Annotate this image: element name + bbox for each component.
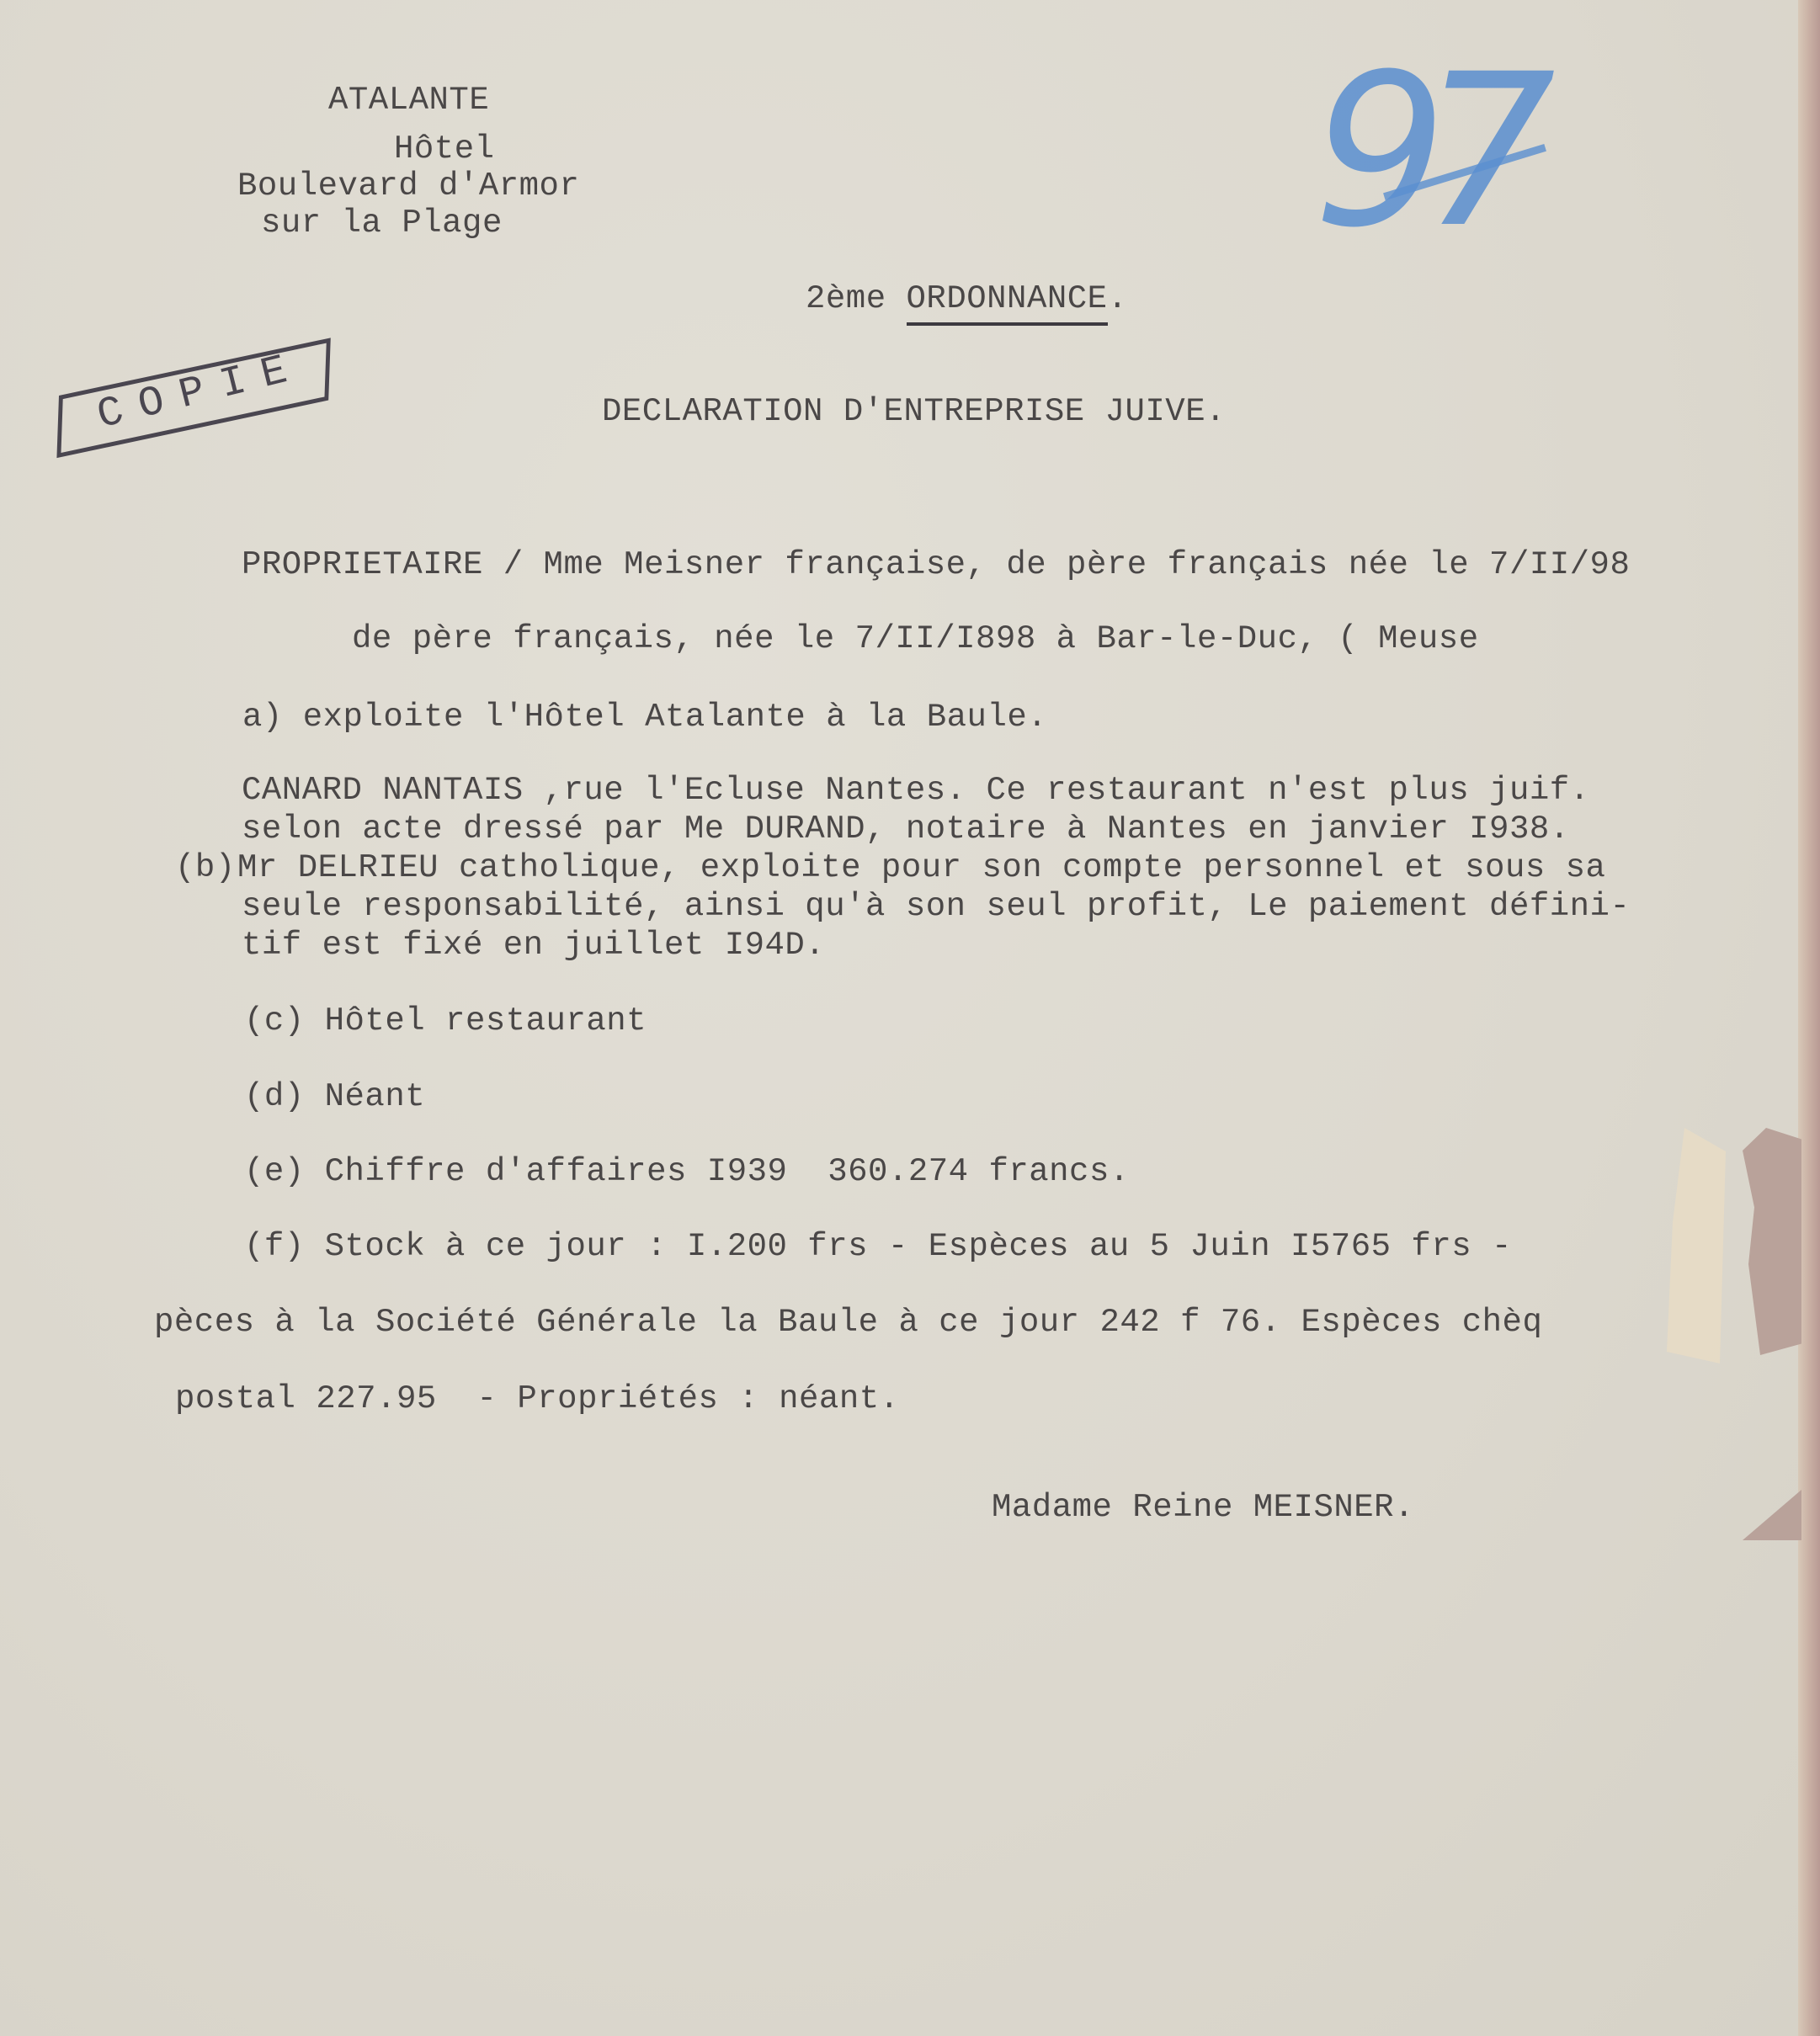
signature: Madame Reine MEISNER. xyxy=(992,1491,1414,1524)
item-b-line: seule responsabilité, ainsi qu'à son seu… xyxy=(242,890,1630,923)
ordinance-heading: 2ème ORDONNANCE. xyxy=(806,283,1127,316)
item-f-line-1: (f) Stock à ce jour : I.200 frs - Espèce… xyxy=(244,1231,1512,1263)
ordinance-suffix: . xyxy=(1108,280,1128,317)
item-c: (c) Hôtel restaurant xyxy=(244,1005,647,1038)
handwritten-folio-number: 97 xyxy=(1313,46,1530,257)
item-b-line: tif est fixé en juillet I94D. xyxy=(242,929,825,962)
item-f-line-3: postal 227.95 - Propriétés : néant. xyxy=(175,1383,900,1416)
item-b-line: CANARD NANTAIS ,rue l'Ecluse Nantes. Ce … xyxy=(242,774,1590,807)
document-title: DECLARATION D'ENTREPRISE JUIVE. xyxy=(602,396,1226,428)
letterhead-street: Boulevard d'Armor xyxy=(237,170,579,203)
proprietaire-line-2: de père français, née le 7/II/I898 à Bar… xyxy=(352,623,1479,656)
page-edge xyxy=(1798,0,1820,2036)
proprietaire-line: PROPRIETAIRE / Mme Meisner française, de… xyxy=(242,549,1630,582)
letterhead-location: sur la Plage xyxy=(261,207,503,240)
item-d: (d) Néant xyxy=(244,1081,425,1114)
ordinance-prefix: 2ème xyxy=(806,280,886,317)
item-b-line: selon acte dressé par Me DURAND, notaire… xyxy=(242,813,1570,846)
letterhead-type: Hôtel xyxy=(394,133,495,166)
item-f-line-2: pèces à la Société Générale la Baule à c… xyxy=(154,1306,1542,1339)
item-b-line: Mr DELRIEU catholique, exploite pour son… xyxy=(237,852,1605,885)
ordinance-title: ORDONNANCE xyxy=(907,280,1108,326)
item-a: a) exploite l'Hôtel Atalante à la Baule. xyxy=(242,701,1047,734)
letterhead-name: ATALANTE xyxy=(328,84,489,117)
item-b-label: (b) xyxy=(175,852,236,885)
item-e: (e) Chiffre d'affaires I939 360.274 fran… xyxy=(244,1156,1130,1188)
